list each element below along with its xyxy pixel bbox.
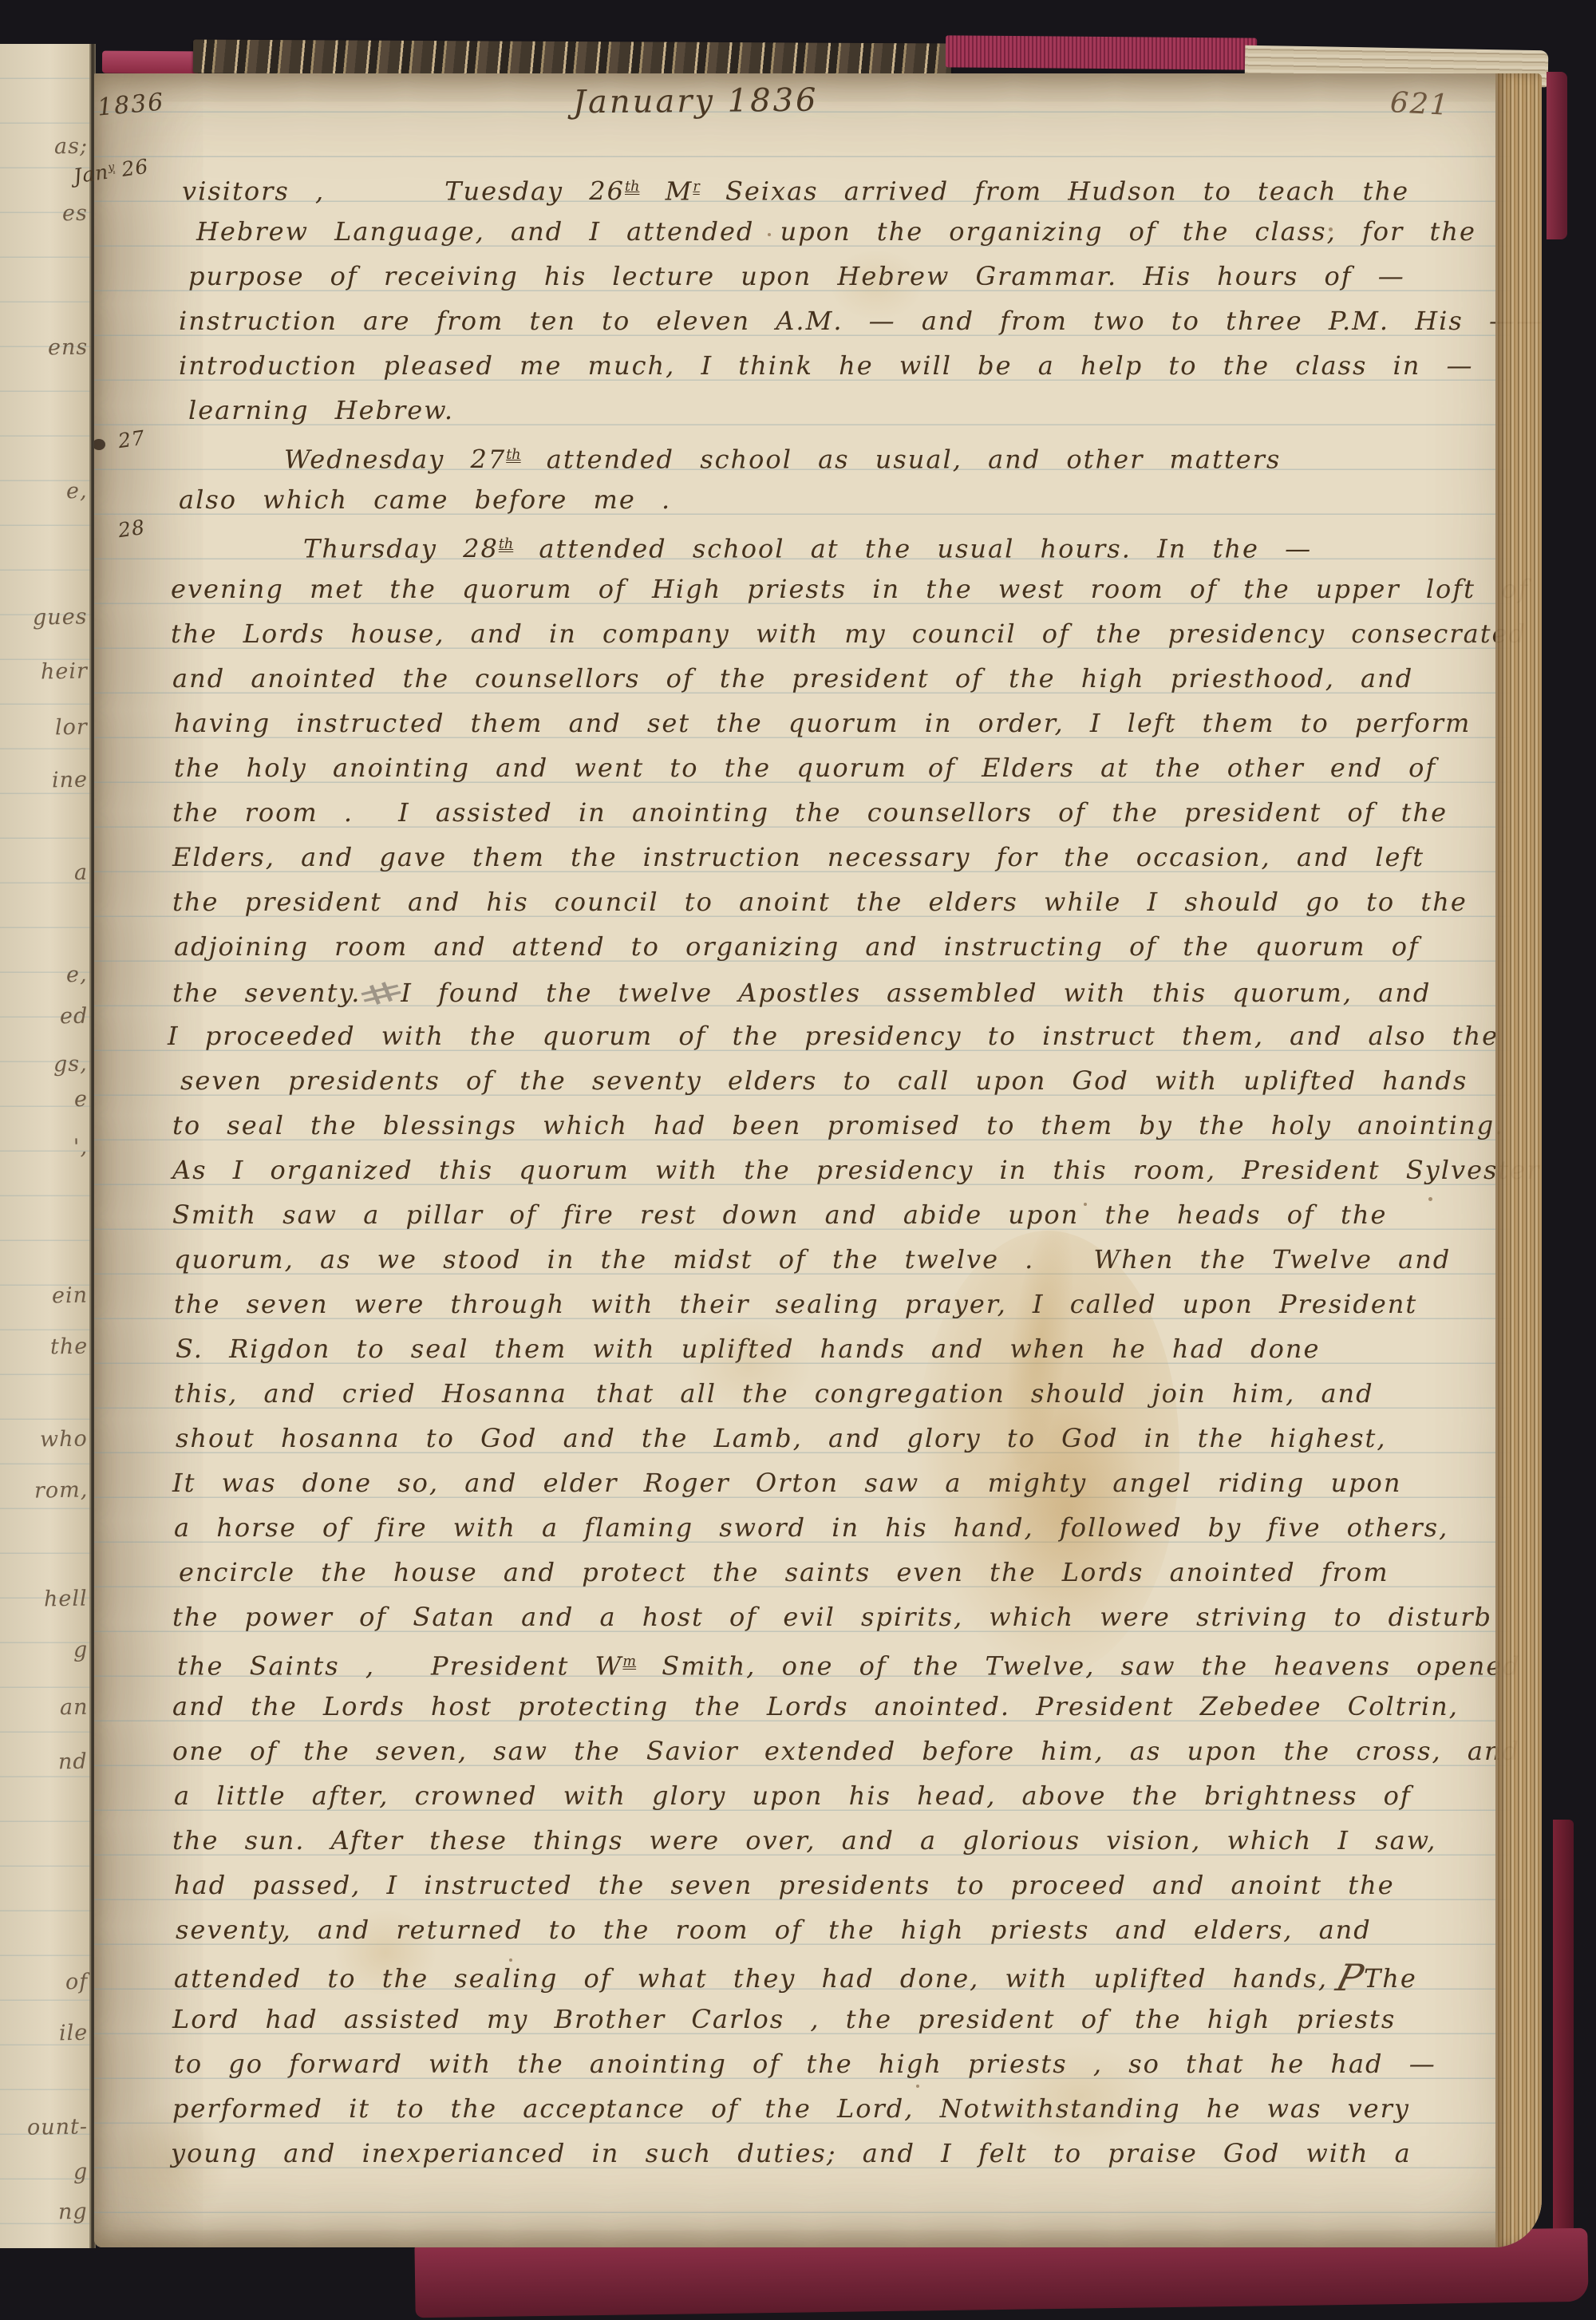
left-page-text-fragment: ed xyxy=(59,1004,88,1030)
handwritten-text: visitors , xyxy=(182,176,325,207)
manuscript-line: S. Rigdon to seal them with uplifted han… xyxy=(176,1326,1320,1371)
handwritten-text: quorum, as we stood in the midst of the … xyxy=(174,1244,1034,1275)
manuscript-line: also which came before me . xyxy=(179,477,671,522)
manuscript-line: and anointed the counsellors of the pres… xyxy=(172,656,1413,701)
handwritten-text: had passed, I instructed the seven presi… xyxy=(174,1870,1395,1900)
handwritten-text: the Saints , xyxy=(177,1651,375,1682)
handwritten-text: President W xyxy=(431,1651,622,1682)
handwritten-text: attended to the sealing of what they had… xyxy=(174,1963,1328,1994)
handwritten-text: M xyxy=(639,176,693,207)
handwritten-text: the power of Satan and a host of evil sp… xyxy=(172,1602,1492,1632)
handwritten-text: the room . xyxy=(172,797,354,828)
book-cover-red-right-bottom xyxy=(1553,1820,1574,2251)
left-page-text-fragment: ine xyxy=(52,768,89,793)
handwritten-text: of Elders at the other end of xyxy=(928,753,1436,783)
manuscript-line: evening met the quorum of High priests i… xyxy=(171,567,1529,611)
handwritten-text: instruction are from ten to eleven A.M. … xyxy=(179,306,1542,336)
handwritten-text: also which came before me . xyxy=(179,484,671,515)
manuscript-line: the Saints ,President Wm Smith, one of t… xyxy=(177,1639,1521,1684)
handwritten-text: Wednesday 27 xyxy=(284,445,506,475)
handwritten-text: and the Lords host protecting the Lords … xyxy=(172,1691,1459,1721)
manuscript-line: adjoining room and attend to organizing … xyxy=(174,924,1420,969)
superscript: th xyxy=(499,536,513,552)
manuscript-line: to go forward with the anointing of the … xyxy=(174,2041,1436,2086)
left-page-text-fragment: ens xyxy=(47,335,88,361)
handwritten-text: that all the congregation should join hi… xyxy=(596,1378,1374,1409)
left-page-text-fragment: es xyxy=(62,201,88,227)
left-page-text-fragment: ein xyxy=(52,1283,89,1309)
left-page-text-fragment: ng xyxy=(58,2199,88,2225)
text-layer: visitors ,Tuesday 26th Mr Seixas arrived… xyxy=(94,73,1542,2247)
handwritten-text: to seal the blessings which had been pro… xyxy=(172,1110,1504,1140)
manuscript-line: a horse of fire with a flaming sword in … xyxy=(174,1505,1448,1550)
handwritten-text: Tuesday 26 xyxy=(444,176,625,207)
left-page-text-fragment: lor xyxy=(55,715,88,741)
manuscript-line: this, and cried Hosannathat all the cong… xyxy=(174,1371,1374,1416)
handwritten-text: Smith, one of the Twelve, saw the heaven… xyxy=(636,1651,1521,1682)
handwritten-text: Lord had assisted my Brother Carlos , th… xyxy=(172,2004,1396,2034)
book-cover-red-right-top xyxy=(1547,72,1567,239)
left-page-text-fragment: heir xyxy=(41,658,88,684)
handwritten-text: a horse of fire with a flaming sword in … xyxy=(174,1512,1448,1543)
facing-page-edge: as;esense,guesheirlorineae,edgs,e',einth… xyxy=(0,44,91,2248)
manuscript-line: shout hosanna to God and the Lamb, and g… xyxy=(176,1416,1387,1460)
left-page-text-fragment: as; xyxy=(54,134,89,160)
left-page-text-fragment: gues xyxy=(33,604,88,630)
handwritten-text: the Lords house, and in company with my … xyxy=(171,619,1527,649)
manuscript-line: instruction are from ten to eleven A.M. … xyxy=(179,298,1542,343)
handwritten-text: 28 xyxy=(117,516,147,542)
left-page-text-fragment: ile xyxy=(58,2021,88,2046)
left-page-text-fragment: e xyxy=(74,1087,89,1112)
margin-date-note: 28 xyxy=(117,516,147,542)
manuscript-line: Thursday 28th attended school at the usu… xyxy=(303,522,1312,567)
left-page-text-fragment: ount- xyxy=(27,2114,89,2140)
manuscript-line: purpose of receiving his lecture upon He… xyxy=(188,254,1405,298)
manuscript-line: encircle the house and protect the saint… xyxy=(179,1550,1389,1595)
manuscript-line: the power of Satan and a host of evil sp… xyxy=(172,1595,1492,1639)
handwritten-text: Seixas arrived from Hudson to teach the xyxy=(700,176,1409,207)
handwritten-text: seven presidents of the seventy elders t… xyxy=(180,1065,1468,1096)
handwritten-text: attended school as usual, and other matt… xyxy=(521,445,1282,475)
handwritten-text: I assisted in anointing the counsellors … xyxy=(398,797,1448,828)
manuscript-line: introduction pleased me much, I think he… xyxy=(179,343,1474,388)
handwritten-text: Jan xyxy=(72,160,110,188)
handwritten-text: Elders, and gave them the instruction ne… xyxy=(172,842,1424,872)
handwritten-text: I proceeded with the quorum of the presi… xyxy=(168,1021,1499,1051)
handwritten-text: 27 xyxy=(117,426,147,453)
handwritten-text: S. Rigdon to seal them with uplifted han… xyxy=(176,1334,1320,1364)
handwritten-text: It was done so, and elder Roger Orton sa… xyxy=(172,1468,1401,1498)
manuscript-line: the room .I assisted in anointing the co… xyxy=(172,790,1448,835)
handwritten-text: 26 xyxy=(113,155,150,183)
left-page-text-fragment: g xyxy=(73,1638,88,1662)
handwritten-text: the president and his council to anoint … xyxy=(172,887,1468,917)
handwritten-text: Thursday 28 xyxy=(303,534,499,564)
manuscript-line: seven presidents of the seventy elders t… xyxy=(180,1058,1468,1103)
handwritten-text: evening met the quorum of High priests i… xyxy=(171,574,1529,604)
manuscript-scan: as;esense,guesheirlorineae,edgs,e',einth… xyxy=(0,0,1596,2320)
left-page-text-fragment: gs, xyxy=(53,1052,88,1077)
manuscript-line: young and inexperianced in such duties; … xyxy=(171,2131,1412,2176)
manuscript-line: the seven were through with their sealin… xyxy=(174,1282,1417,1326)
manuscript-line: As I organized this quorum with the pres… xyxy=(172,1148,1541,1192)
handwritten-text: The xyxy=(1364,1963,1417,1994)
handwritten-text: seventy, and returned to the room of the… xyxy=(176,1915,1372,1945)
left-page-text-fragment: of xyxy=(65,1970,88,1994)
manuscript-line: learning Hebrew. xyxy=(188,388,454,433)
handwritten-text: the holy anointing and went to the quoru… xyxy=(174,753,907,783)
left-page-text-fragment: ', xyxy=(73,1135,89,1160)
manuscript-line: the Lords house, and in company with my … xyxy=(171,611,1527,656)
handwritten-text: and anointed the counsellors of the pres… xyxy=(172,663,1413,694)
handwritten-text: As I organized this quorum with the pres… xyxy=(172,1155,1541,1185)
manuscript-line: had passed, I instructed the seven presi… xyxy=(174,1863,1395,1907)
left-page-text-fragment: g xyxy=(73,2160,88,2184)
left-page-text-fragment: an xyxy=(59,1695,88,1721)
manuscript-line: the president and his council to anoint … xyxy=(172,879,1468,924)
handwritten-text: introduction pleased me much, I think he… xyxy=(179,350,1474,381)
handwritten-text: learning Hebrew. xyxy=(188,395,454,425)
handwritten-text: having instructed them and set the quoru… xyxy=(174,708,1471,738)
manuscript-line: having instructed them and set the quoru… xyxy=(174,701,1471,745)
handwritten-text: the seventy. xyxy=(172,978,361,1008)
handwritten-text: a little after, crowned with glory upon … xyxy=(174,1781,1412,1811)
manuscript-line: It was done so, and elder Roger Orton sa… xyxy=(172,1460,1401,1505)
handwritten-text: purpose of receiving his lecture upon He… xyxy=(188,261,1405,291)
handwritten-text: I found the twelve Apostles assembled wi… xyxy=(401,978,1431,1008)
left-page-text-fragment: the xyxy=(50,1334,89,1360)
handwritten-text: shout hosanna to God and the Lamb, and g… xyxy=(176,1423,1387,1453)
manuscript-line: to seal the blessings which had been pro… xyxy=(172,1103,1504,1148)
manuscript-line: Lord had assisted my Brother Carlos , th… xyxy=(172,1997,1396,2041)
left-page-text-fragment: rom, xyxy=(34,1477,88,1503)
left-page-text-fragment: who xyxy=(40,1426,88,1452)
superscript: th xyxy=(506,447,520,463)
manuscript-line: seventy, and returned to the room of the… xyxy=(176,1907,1372,1952)
handwritten-text: young and inexperianced in such duties; … xyxy=(171,2138,1412,2168)
manuscript-line: and the Lords host protecting the Lords … xyxy=(172,1684,1459,1729)
handwritten-text: performed it to the acceptance of the Lo… xyxy=(172,2093,1410,2124)
superscript: r xyxy=(693,179,699,195)
handwritten-text: Hebrew Language, and I attended upon the… xyxy=(196,216,1476,247)
handwritten-text: to go forward with the anointing of the … xyxy=(174,2049,1436,2079)
left-page-text-fragment: hell xyxy=(44,1587,88,1612)
handwritten-text: the seven were through with their sealin… xyxy=(174,1289,1417,1319)
margin-date-note: 27 xyxy=(117,426,147,453)
manuscript-line: quorum, as we stood in the midst of the … xyxy=(174,1237,1451,1282)
handwritten-text: adjoining room and attend to organizing … xyxy=(174,931,1420,962)
manuscript-line: the sun. After these things were over, a… xyxy=(172,1818,1436,1863)
superscript: th xyxy=(625,179,639,195)
book-cover-red-top-left xyxy=(102,51,198,74)
handwritten-text: the sun. After these things were over, a… xyxy=(172,1825,1436,1856)
handwritten-text: encircle the house and protect the saint… xyxy=(179,1557,1389,1587)
manuscript-line: a little after, crowned with glory upon … xyxy=(174,1773,1412,1818)
manuscript-line: the seventy.#I found the twelve Apostles… xyxy=(172,969,1431,1014)
manuscript-line: performed it to the acceptance of the Lo… xyxy=(172,2086,1410,2131)
left-page-text-fragment: e, xyxy=(66,479,88,504)
superscript: m xyxy=(622,1654,636,1670)
handwritten-text: Smith saw a pillar of fire rest down and… xyxy=(172,1200,1387,1230)
handwritten-text: When the Twelve and xyxy=(1093,1244,1451,1275)
book-cover-red-top-right xyxy=(946,35,1257,69)
manuscript-line: visitors ,Tuesday 26th Mr Seixas arrived… xyxy=(182,164,1409,209)
manuscript-line: Wednesday 27th attended school as usual,… xyxy=(284,433,1281,477)
left-page-text-fragment: a xyxy=(74,860,89,885)
left-page-text-fragment: nd xyxy=(58,1749,88,1775)
left-page-text-fragment: e, xyxy=(66,962,88,987)
journal-page: 1836 January 1836 621 visitors ,Tuesday … xyxy=(94,73,1542,2247)
book-top-edge-marbled xyxy=(193,40,951,77)
handwritten-text: one of the seven, saw the Savior extende… xyxy=(172,1736,1520,1766)
handwritten-text: attended school at the usual hours. In t… xyxy=(513,534,1312,564)
manuscript-line: Smith saw a pillar of fire rest down and… xyxy=(172,1192,1387,1237)
manuscript-line: I proceeded with the quorum of the presi… xyxy=(168,1014,1499,1058)
handwritten-text: this, and cried Hosanna xyxy=(174,1378,567,1409)
page-fore-edge xyxy=(1495,73,1542,2247)
manuscript-line: Elders, and gave them the instruction ne… xyxy=(172,835,1424,879)
manuscript-line: attended to the sealing of what they had… xyxy=(174,1952,1417,1997)
manuscript-line: one of the seven, saw the Savior extende… xyxy=(172,1729,1520,1773)
manuscript-line: Hebrew Language, and I attended upon the… xyxy=(196,209,1476,254)
manuscript-line: the holy anointing and went to the quoru… xyxy=(174,745,1436,790)
